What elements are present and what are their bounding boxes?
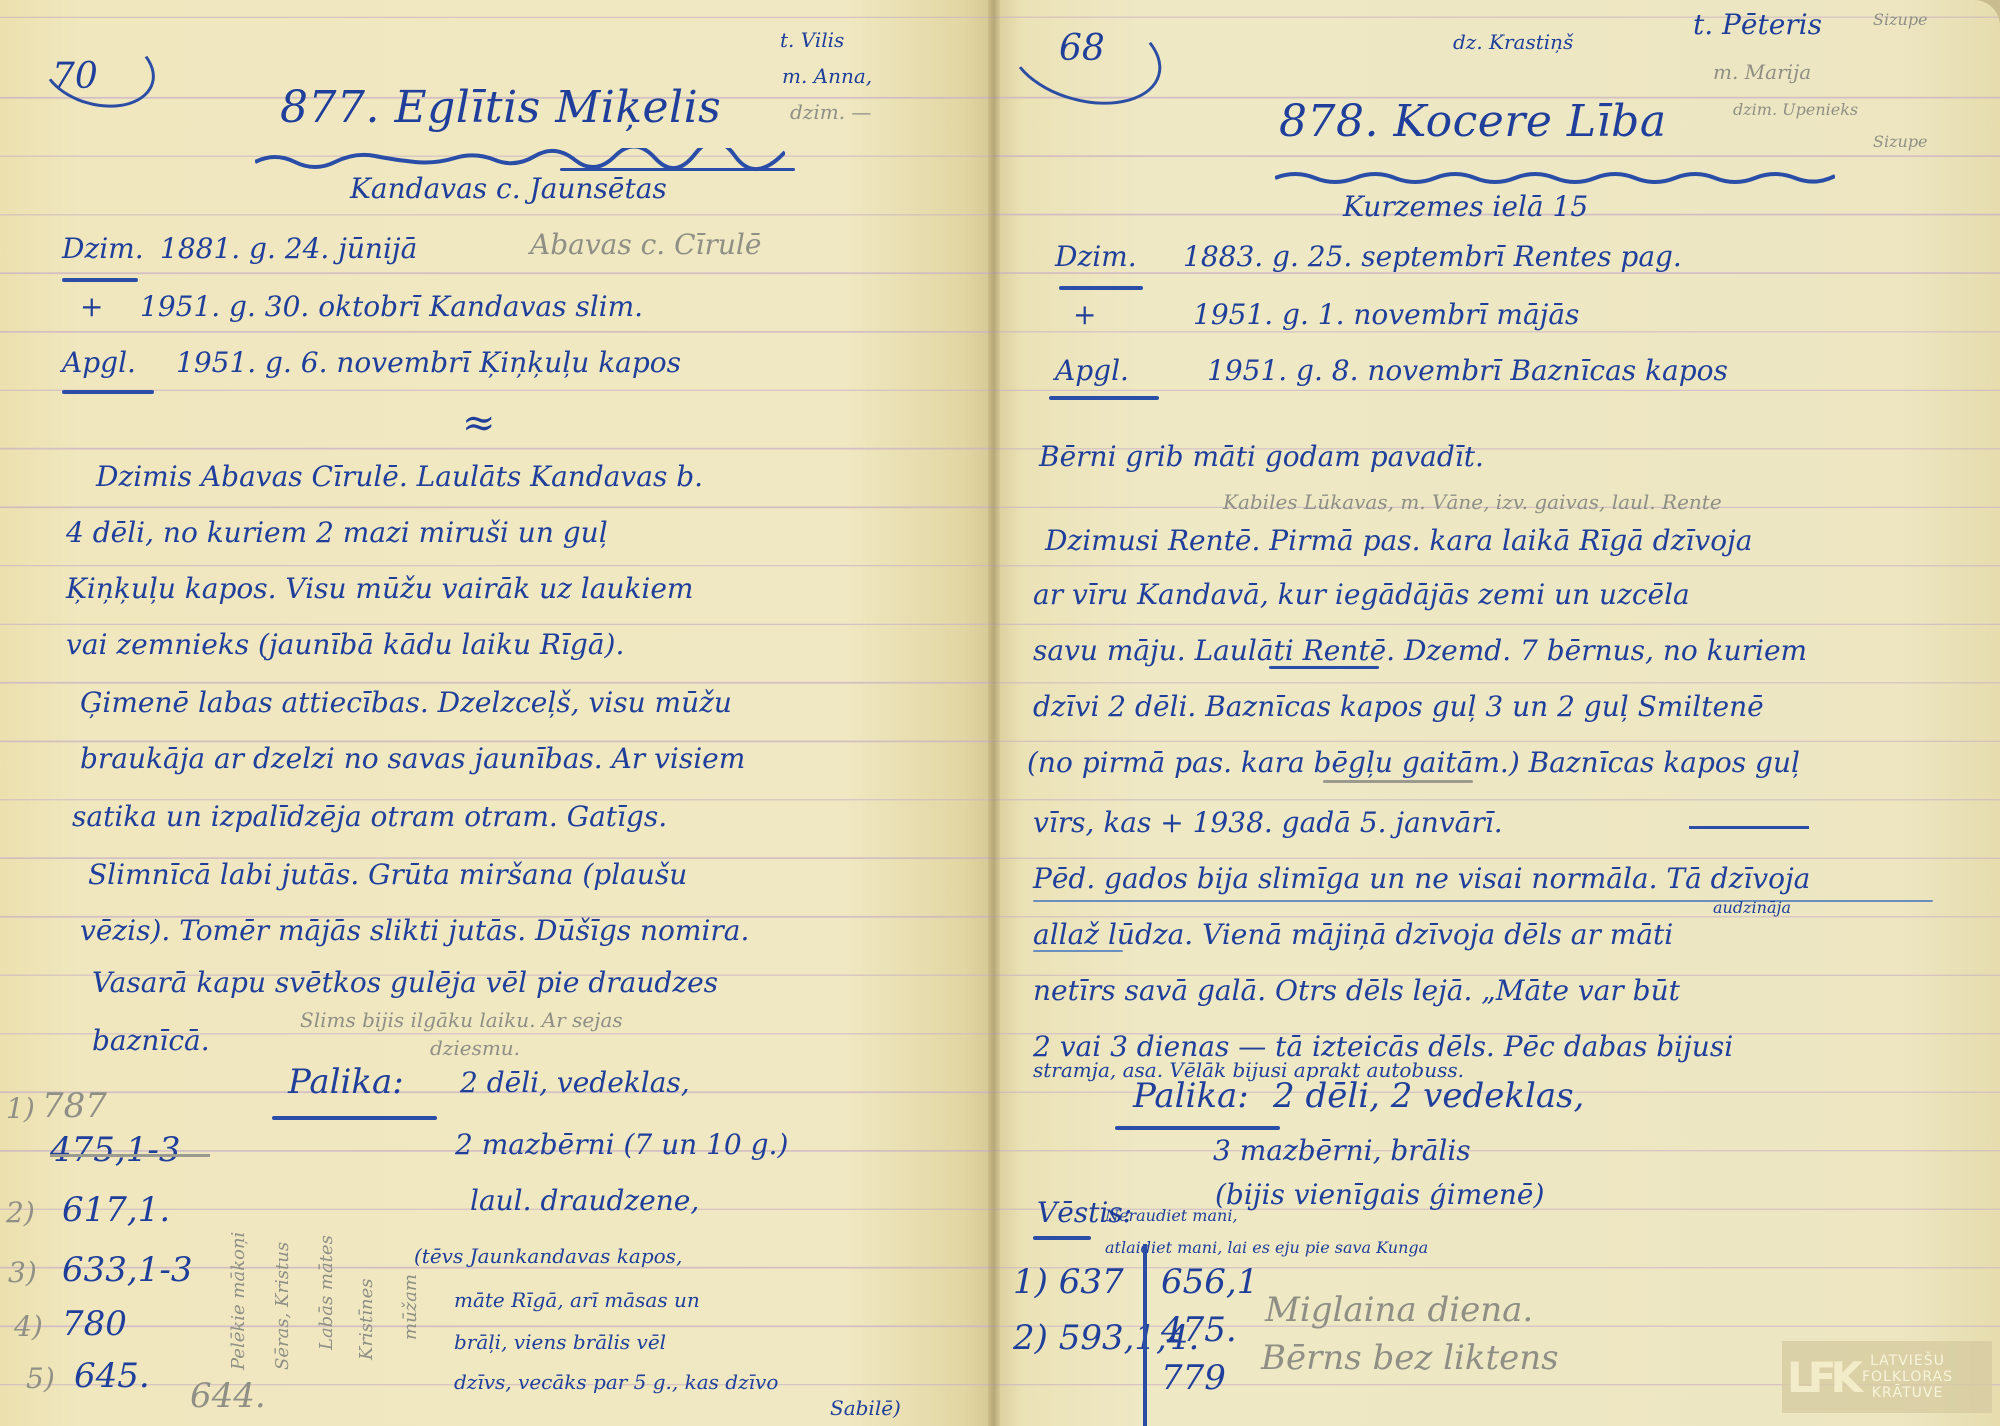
pencil-note: Kabiles Lūkavas, m. Vāne, izv. gaivas, l… <box>1223 490 1722 514</box>
narrative-line: Ķiņķuļu kapos. Visu mūžu vairāk uz lauki… <box>66 572 693 605</box>
survivors-line: (bijis vienīgais ģimenē) <box>1215 1178 1544 1211</box>
place-pencil-note: Sizupe <box>1873 132 1928 151</box>
lfk-logo-icon: LFK <box>1782 1353 1862 1402</box>
survivors-line: 3 mazbērni, brālis <box>1213 1134 1471 1167</box>
vertical-pencil-note: Sēras, Kristus <box>272 1130 293 1370</box>
right-page: 68 dz. Krastiņš t. Pēteris m. Marija dzi… <box>993 0 2000 1426</box>
entry-title: 877. Eglītis Miķelis <box>280 82 721 133</box>
inserted-word: audzināja <box>1713 898 1791 917</box>
title-wavy-underline <box>1275 166 1835 190</box>
narrative-line: (no pirmā pas. kara bēgļu gaitām.) Baznī… <box>1027 746 1800 779</box>
narrative-line: Vasarā kapu svētkos gulēja vēl pie draud… <box>92 966 718 999</box>
buried-label-underline <box>62 390 154 394</box>
narrative-line: Ģimenē labas attiecības. Dzelzceļš, visu… <box>80 686 732 719</box>
song-ref: 475,1-3 <box>50 1130 180 1170</box>
narrative-line: braukāja ar dzelzi no savas jaunības. Ar… <box>80 742 745 775</box>
song-ref-number: 3) <box>8 1256 37 1289</box>
narrative-underline <box>1269 666 1379 669</box>
narrative-line: baznīcā. <box>92 1024 210 1057</box>
born-place-pencil: Abavas c. Cīrulē <box>530 228 761 261</box>
narrative-line: savu māju. Laulāti Rentē. Dzemd. 7 bērnu… <box>1033 634 1807 667</box>
born-label: Dzim. <box>62 232 144 265</box>
song-ref: 475. <box>1161 1310 1237 1350</box>
narrative-line: allaž lūdza. Vienā mājiņā dzīvoja dēls a… <box>1033 918 1673 951</box>
mother-note: m. Marija <box>1713 60 1811 84</box>
died-label: + <box>1073 298 1096 331</box>
song-ref-number: 5) <box>26 1362 55 1395</box>
survivors-line: Sabilē) <box>830 1396 901 1420</box>
vertical-pencil-note: Pelēkie mākoņi <box>228 1120 249 1370</box>
narrative-underline <box>1033 950 1123 952</box>
buried-date: 1951. g. 8. novembrī Baznīcas kapos <box>1207 354 1728 387</box>
born-date: 1883. g. 25. septembrī Rentes pag. <box>1183 240 1682 273</box>
song-ref: 645. <box>74 1356 150 1396</box>
survivors-line: māte Rīgā, arī māsas un <box>454 1288 700 1312</box>
separator: ≈ <box>462 400 496 446</box>
narrative-strike <box>1689 826 1809 829</box>
buried-date: 1951. g. 6. novembrī Ķiņķuļu kapos <box>176 346 681 379</box>
song-ref-strike <box>50 1154 210 1157</box>
watermark-line: LATVIEŠU <box>1862 1353 1953 1369</box>
narrative-line: 4 dēli, no kuriem 2 mazi miruši un guļ <box>66 516 608 549</box>
column-divider <box>1143 1244 1147 1426</box>
buried-label: Apgl. <box>1055 354 1129 387</box>
pencil-underline <box>1323 780 1473 783</box>
song-ref: 633,1-3 <box>62 1250 192 1290</box>
survivors-line: (tēvs Jaunkandavas kapos, <box>414 1244 682 1268</box>
song-ref-pencil-alt: 644. <box>190 1376 266 1416</box>
narrative-line: Dzimusi Rentē. Pirmā pas. kara laikā Rīg… <box>1045 524 1752 557</box>
survivors-label-underline <box>272 1116 437 1120</box>
narrative-line: vēzis). Tomēr mājās slikti jutās. Dūšīgs… <box>80 914 749 947</box>
vertical-pencil-note: Kristīnes <box>356 1140 377 1360</box>
born-label-underline <box>1059 286 1143 290</box>
buried-label: Apgl. <box>62 346 136 379</box>
survivors-line: dzīvs, vecāks par 5 g., kas dzīvo <box>454 1370 778 1394</box>
notebook-spread: 70 t. Vilis m. Anna, dzim. — 877. Eglīti… <box>0 0 2000 1426</box>
address: Kurzemes ielā 15 <box>1343 190 1588 223</box>
pencil-song-title: Miglaina diena. <box>1265 1290 1533 1330</box>
survivors-label: Palika: <box>1133 1076 1249 1116</box>
narrative-line: netīrs savā galā. Otrs dēls lejā. „Māte … <box>1033 974 1680 1007</box>
narrative-line: Pēd. gados bija slimīga un ne visai norm… <box>1033 862 1810 895</box>
survivors-line: laul. draudzene, <box>470 1184 699 1217</box>
survivors-line: 2 mazbērni (7 un 10 g.) <box>455 1128 788 1161</box>
song-ref-number: 1) <box>6 1092 35 1125</box>
song-ref: 779 <box>1161 1358 1226 1398</box>
wishes-text: Neraudiet mani, <box>1105 1206 1238 1225</box>
died-date: 1951. g. 30. oktobrī Kandavas slim. <box>140 290 643 323</box>
narrative-line: dzīvi 2 dēli. Baznīcas kapos guļ 3 un 2 … <box>1033 690 1764 723</box>
song-ref-pencil: 787 <box>42 1086 107 1126</box>
watermark-line: KRĀTUVE <box>1862 1385 1953 1401</box>
song-ref-number: 2) <box>6 1196 35 1229</box>
song-ref: 1) 637 <box>1013 1262 1124 1302</box>
book-spine <box>988 0 1000 1426</box>
father-note: t. Vilis <box>780 28 844 52</box>
born-label-underline <box>62 278 138 282</box>
narrative-line: vai zemnieks (jaunībā kādu laiku Rīgā). <box>66 628 624 661</box>
narrative-line: Bērni grib māti godam pavadīt. <box>1039 440 1484 473</box>
survivors-line: 2 dēli, vedeklas, <box>460 1066 690 1099</box>
died-date: 1951. g. 1. novembrī mājās <box>1193 298 1579 331</box>
born-label: Dzim. <box>1055 240 1137 273</box>
place-pencil-note: Sizupe <box>1873 10 1928 29</box>
mother-note: m. Anna, <box>782 64 872 88</box>
pencil-note: dziesmu. <box>430 1036 520 1060</box>
died-label: + <box>80 290 103 323</box>
watermark-line: FOLKLORAS <box>1862 1369 1953 1385</box>
mother-maiden-note: dzim. Upenieks <box>1733 100 1858 119</box>
narrative-underline <box>1033 900 1933 902</box>
survivors-label: Palika: <box>288 1062 404 1102</box>
survivors-label-underline <box>1115 1126 1280 1130</box>
vertical-pencil-note: mūžam <box>400 1160 421 1340</box>
wishes-text: atlaidiet mani, lai es eju pie sava Kung… <box>1105 1238 1428 1257</box>
header-note: dz. Krastiņš <box>1453 30 1573 54</box>
pencil-note: Slims bijis ilgāku laiku. Ar sejas <box>300 1008 623 1032</box>
vertical-pencil-note: Labās mātes <box>316 1110 337 1350</box>
narrative-line: ar vīru Kandavā, kur iegādājās zemi un u… <box>1033 578 1690 611</box>
song-ref-number: 4) <box>14 1310 43 1343</box>
address: Kandavas c. Jaunsētas <box>350 172 667 205</box>
wishes-label-underline <box>1033 1236 1091 1240</box>
buried-label-underline <box>1049 396 1159 400</box>
survivors-line: brāļi, viens brālis vēl <box>454 1330 666 1354</box>
entry-title: 878. Kocere Lība <box>1279 96 1667 147</box>
left-page: 70 t. Vilis m. Anna, dzim. — 877. Eglīti… <box>0 0 993 1426</box>
watermark-text: LATVIEŠU FOLKLORAS KRĀTUVE <box>1862 1353 1953 1401</box>
song-ref: 780 <box>62 1304 127 1344</box>
father-note: t. Pēteris <box>1693 8 1822 41</box>
mother-maiden-note: dzim. — <box>790 100 871 124</box>
survivors-line: 2 dēli, 2 vedeklas, <box>1273 1076 1584 1116</box>
address-overline <box>560 168 795 171</box>
pencil-song-title: Bērns bez liktens <box>1261 1338 1559 1378</box>
song-ref: 656,1 <box>1161 1262 1258 1302</box>
born-date: 1881. g. 24. jūnijā <box>160 232 417 265</box>
narrative-line: satika un izpalīdzēja otram otram. Gatīg… <box>72 800 667 833</box>
archive-watermark-logo: LFK LATVIEŠU FOLKLORAS KRĀTUVE <box>1782 1341 1992 1413</box>
narrative-line: Slimnīcā labi jutās. Grūta miršana (plau… <box>88 858 687 891</box>
narrative-line: Dzimis Abavas Cīrulē. Laulāts Kandavas b… <box>96 460 703 493</box>
song-ref: 617,1. <box>62 1190 170 1230</box>
narrative-line: vīrs, kas + 1938. gadā 5. janvārī. <box>1033 806 1503 839</box>
